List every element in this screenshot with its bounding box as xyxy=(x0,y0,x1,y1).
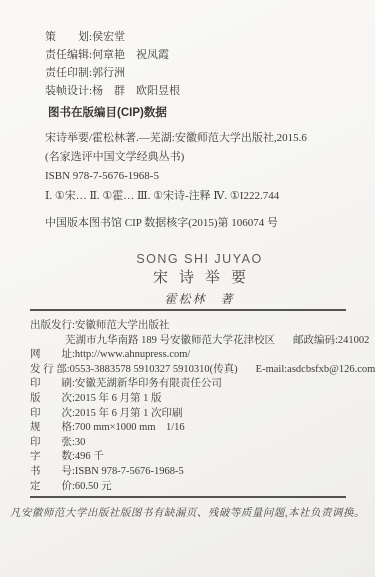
pub-value: 700 mm×1000 mm 1/16 xyxy=(75,422,185,433)
copyright-page: 策 划:侯宏堂 责任编辑:何章艳 祝凤霞 责任印制:郭行洲 装帧设计:杨 群 欧… xyxy=(0,0,375,577)
pub-postal-code: 邮政编码:241002 xyxy=(293,335,369,346)
staff-value: 侯宏堂 xyxy=(92,31,125,43)
staff-value: 杨 群 欧阳昱根 xyxy=(92,85,180,97)
staff-label: 装帧设计: xyxy=(45,85,92,97)
pub-row-sheets: 印 张:30 xyxy=(30,436,375,451)
pub-row-isbn: 书 号:ISBN 978-7-5676-1968-5 xyxy=(30,465,375,480)
quality-exchange-note: 凡安徽师范大学出版社版图书有缺漏页、残破等质量问题,本社负责调换。 xyxy=(0,506,375,521)
pub-row-printer: 印 刷:安徽芜湖新华印务有限责任公司 xyxy=(30,377,375,392)
pub-price: 60.50 元 xyxy=(75,481,112,492)
pub-row-edition: 版 次:2015 年 6 月第 1 版 xyxy=(30,392,375,407)
pub-label: 发 行 部: xyxy=(30,364,70,375)
book-title-pinyin: SONG SHI JUYAO xyxy=(24,251,375,267)
staff-label: 责任印制: xyxy=(45,67,92,79)
staff-row-designer: 装帧设计:杨 群 欧阳昱根 xyxy=(45,82,375,100)
pub-label: 书 号: xyxy=(30,466,75,477)
staff-row-print-supervisor: 责任印制:郭行洲 xyxy=(45,64,375,82)
pub-value: 芜湖市九华南路 189 号安徽师范大学花津校区 xyxy=(65,335,275,346)
pub-label: 印 次: xyxy=(30,408,75,419)
cip-record-line: 宋诗举要/霍松林著.—芜湖:安徽师范大学出版社,2015.6 xyxy=(45,129,375,148)
pub-value: 496 千 xyxy=(75,451,104,462)
pub-website-url: http://www.ahnupress.com/ xyxy=(75,349,190,360)
book-title: 宋诗举要 xyxy=(24,269,375,288)
pub-row-publisher: 出版发行:安徽师范大学出版社 xyxy=(30,319,375,334)
pub-label: 出版发行: xyxy=(30,320,75,331)
pub-row-price: 定 价:60.50 元 xyxy=(30,480,375,495)
pub-label: 版 次: xyxy=(30,393,75,404)
pub-value: 2015 年 6 月第 1 次印刷 xyxy=(75,408,183,419)
pub-value: 30 xyxy=(75,437,86,448)
pub-label: 定 价: xyxy=(30,481,75,492)
staff-row-planner: 策 划:侯宏堂 xyxy=(45,28,375,46)
staff-row-editor: 责任编辑:何章艳 祝凤霞 xyxy=(45,46,375,64)
pub-value: 安徽芜湖新华印务有限责任公司 xyxy=(75,378,222,389)
staff-label: 责任编辑: xyxy=(45,49,92,61)
pub-isbn: ISBN 978-7-5676-1968-5 xyxy=(75,466,184,477)
pub-phone-numbers: 0553-3883578 5910327 5910310(传真) xyxy=(70,364,238,375)
staff-value: 郭行洲 xyxy=(92,67,125,79)
pub-row-impression: 印 次:2015 年 6 月第 1 次印刷 xyxy=(30,407,375,422)
pub-row-address: 芜湖市九华南路 189 号安徽师范大学花津校区邮政编码:241002 xyxy=(30,334,375,349)
pub-value: 安徽师范大学出版社 xyxy=(75,320,170,331)
cip-classification: Ⅰ. ①宋… Ⅱ. ①霍… Ⅲ. ①宋诗-注释 Ⅳ. ①I222.744 xyxy=(45,187,375,206)
pub-row-website: 网 址:http://www.ahnupress.com/ xyxy=(30,348,375,363)
pub-label: 印 张: xyxy=(30,437,75,448)
pub-value: 2015 年 6 月第 1 版 xyxy=(75,393,162,404)
pub-label: 网 址: xyxy=(30,349,75,360)
cip-registry-number: 中国版本图书馆 CIP 数据核字(2015)第 106074 号 xyxy=(45,214,375,233)
pub-label: 字 数: xyxy=(30,451,75,462)
staff-value: 何章艳 祝凤霞 xyxy=(92,49,169,61)
staff-label: 策 划: xyxy=(45,31,92,43)
cip-record: 宋诗举要/霍松林著.—芜湖:安徽师范大学出版社,2015.6 (名家选评中国文学… xyxy=(45,129,375,186)
staff-credits: 策 划:侯宏堂 责任编辑:何章艳 祝凤霞 责任印制:郭行洲 装帧设计:杨 群 欧… xyxy=(45,28,375,100)
cip-heading: 图书在版编目(CIP)数据 xyxy=(48,105,375,121)
pub-row-word-count: 字 数:496 千 xyxy=(30,450,375,465)
cip-record-line: ISBN 978-7-5676-1968-5 xyxy=(45,167,375,186)
pub-label: 印 刷: xyxy=(30,378,75,389)
title-block: SONG SHI JUYAO 宋诗举要 霍松林 著 xyxy=(0,251,375,307)
divider-top xyxy=(30,309,346,311)
book-author: 霍松林 著 xyxy=(24,291,375,307)
pub-label: 规 格: xyxy=(30,422,75,433)
pub-email: E-mail:asdcbsfxb@126.com xyxy=(256,364,375,375)
pub-row-format: 规 格:700 mm×1000 mm 1/16 xyxy=(30,421,375,436)
cip-record-line: (名家选评中国文学经典丛书) xyxy=(45,148,375,167)
divider-bottom xyxy=(30,496,346,498)
publication-info: 出版发行:安徽师范大学出版社 芜湖市九华南路 189 号安徽师范大学花津校区邮政… xyxy=(30,319,375,494)
pub-row-distribution: 发 行 部:0553-3883578 5910327 5910310(传真)E-… xyxy=(30,363,375,378)
